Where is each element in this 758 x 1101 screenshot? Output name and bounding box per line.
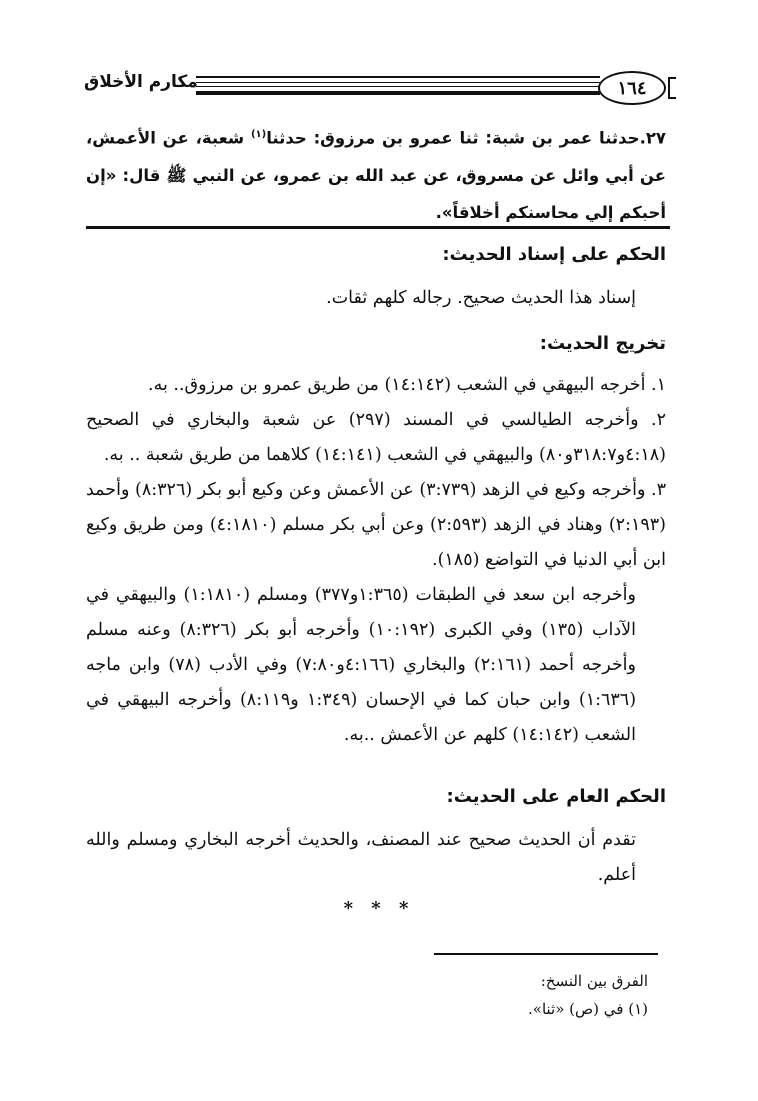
takhrij-item-1: ١. أخرجه البيهقي في الشعب (١٤:١٤٢) من طر…	[86, 368, 666, 403]
footnote-reference[interactable]: (١)	[251, 129, 266, 140]
footnote-item-1: (١) في (ص) «ثنا».	[528, 996, 648, 1022]
takhrij-item-2: ٢. وأخرجه الطيالسي في المسند (٢٩٧) عن شع…	[86, 403, 666, 473]
page-number: ١٦٤	[598, 71, 666, 105]
hadith-text-part1: حدثنا عمر بن شبة: ثنا عمرو بن مرزوق: حدث…	[266, 129, 639, 148]
header-bracket-ornament	[668, 77, 676, 99]
hadith-number: ٢٧.	[640, 129, 666, 148]
footnote-rule	[434, 953, 658, 955]
isnad-heading: الحكم على إسناد الحديث:	[442, 244, 666, 265]
book-page: ١٦٤ مكارم الأخلاق ٢٧.حدثنا عمر بن شبة: ث…	[0, 0, 758, 1101]
isnad-text: إسناد هذا الحديث صحيح. رجاله كلهم ثقات.	[86, 281, 666, 316]
section-divider	[86, 226, 670, 229]
takhrij-item-3: ٣. وأخرجه وكيع في الزهد (٣:٧٣٩) عن الأعم…	[86, 473, 666, 578]
section-end-stars: * * *	[0, 898, 758, 919]
general-ruling-heading: الحكم العام على الحديث:	[447, 786, 667, 807]
book-title: مكارم الأخلاق	[84, 72, 198, 92]
takhrij-heading: تخريج الحديث:	[540, 333, 666, 354]
general-ruling-text: تقدم أن الحديث صحيح عند المصنف، والحديث …	[86, 823, 666, 893]
footnotes-heading: الفرق بين النسخ:	[541, 968, 648, 994]
hadith-text: ٢٧.حدثنا عمر بن شبة: ثنا عمرو بن مرزوق: …	[86, 116, 666, 231]
page-header: ١٦٤ مكارم الأخلاق	[84, 68, 676, 104]
takhrij-paragraph: وأخرجه ابن سعد في الطبقات (١:٣٦٥و٣٧٧) وم…	[86, 578, 666, 753]
header-rule-lines	[196, 76, 600, 96]
